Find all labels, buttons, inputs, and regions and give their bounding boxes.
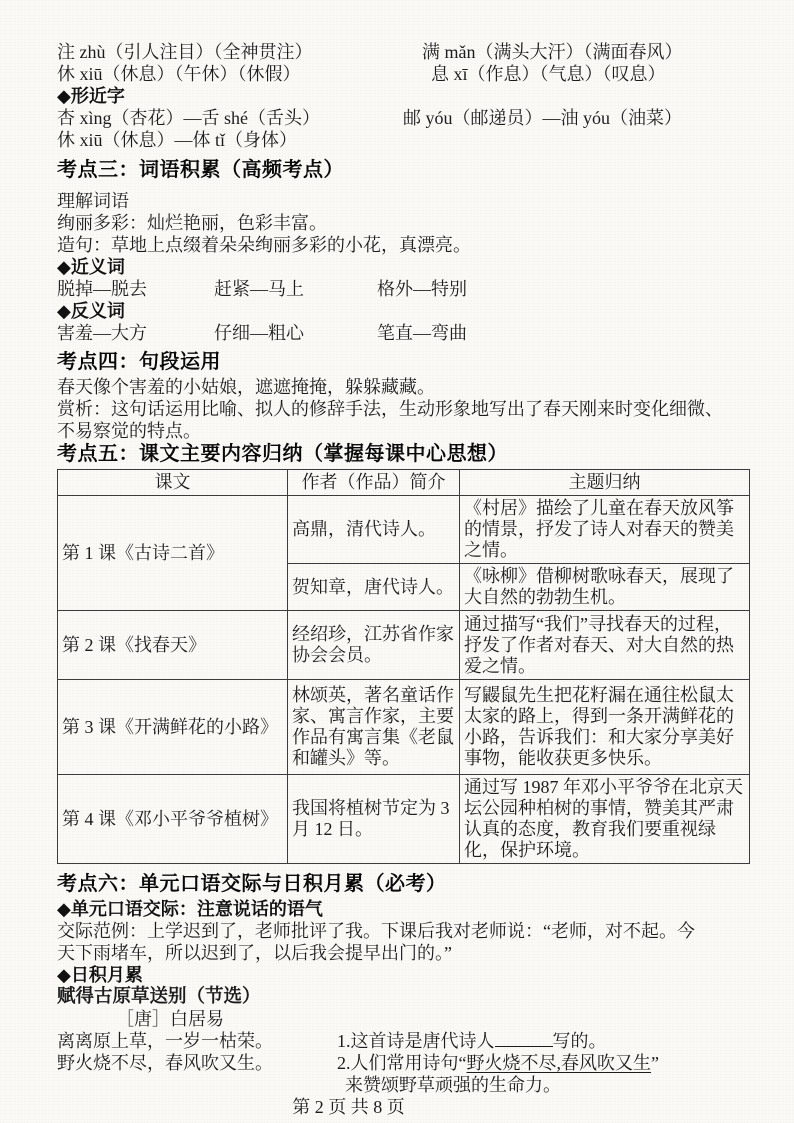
section-heading: 考点三：词语积累（高频考点） <box>57 158 750 182</box>
table-row: 第 4 课《邓小平爷爷植树》 我国将植树节定为 3 月 12 日。 通过写 19… <box>58 775 750 864</box>
section-kaodian6: 考点六：单元口语交际与日积月累（必考） ◆单元口语交际：注意说话的语气 交际范例… <box>57 872 750 1096</box>
understand-words-label: 理解词语 <box>57 190 750 212</box>
poem-line: 离离原上草，一岁一枯荣。 <box>57 1030 337 1052</box>
section-heading: 考点六：单元口语交际与日积月累（必考） <box>57 872 750 896</box>
antonym-pair: 仔细—粗心 <box>214 322 377 344</box>
table-row: 第 1 课《古诗二首》 高鼎，清代诗人。 《村居》描绘了儿童在春天放风筝的情景，… <box>58 496 750 564</box>
word-note-line: 休 xiū（休息）—体 tǐ（身体） <box>57 129 750 151</box>
worksheet-page: 注 zhù（引人注目）（全神贯注） 满 mǎn（满头大汗）（满面春风） 休 xi… <box>0 0 794 1123</box>
poem-line: 野火烧不尽，春风吹又生。 <box>57 1052 337 1074</box>
lesson-cell: 第 4 课《邓小平爷爷植树》 <box>58 775 288 864</box>
word-note-line: 休 xiū（休息）（午休）（休假） 息 xī（作息）（气息）（叹息） <box>57 63 750 85</box>
table-row: 第 3 课《开满鲜花的小路》 林颂英，著名童话作家、寓言作家，主要作品有寓言集《… <box>58 680 750 775</box>
antonyms-subhead: ◆反义词 <box>57 300 750 322</box>
example-sentence: 春天像个害羞的小姑娘，遮遮掩掩，躲躲藏藏。 <box>57 376 750 398</box>
word-note-left: 休 xiū（休息）—体 tǐ（身体） <box>57 130 297 150</box>
oral-communication-subhead: ◆单元口语交际：注意说话的语气 <box>57 898 750 920</box>
word-note-right: 息 xī（作息）（气息）（叹息） <box>431 63 666 85</box>
synonyms-subhead: ◆近义词 <box>57 256 750 278</box>
oral-example-line: 天下雨堵车，所以迟到了，以后我会提早出门的。” <box>57 942 750 964</box>
analysis-line: 不易察觉的特点。 <box>57 420 750 442</box>
theme-cell: 写鼹鼠先生把花籽漏在通往松鼠太太家的路上，得到一条开满鲜花的小路，告诉我们：和大… <box>460 680 750 775</box>
author-cell: 贺知章，唐代诗人。 <box>288 564 460 611</box>
sentence-example: 造句：草地上点缀着朵朵绚丽多彩的小花，真漂亮。 <box>57 234 750 256</box>
poem-title: 赋得古原草送别（节选） <box>57 986 750 1008</box>
word-note-right: 满 mǎn（满头大汗）（满面春风） <box>422 41 683 63</box>
quiz-question-2-continued: 来赞颂野草顽强的生命力。 <box>337 1074 750 1096</box>
word-notes-section: 注 zhù（引人注目）（全神贯注） 满 mǎn（满头大汗）（满面春风） 休 xi… <box>57 41 750 151</box>
theme-cell: 通过描写“我们”寻找春天的过程，抒发了作者对春天、对大自然的热爱之情。 <box>460 611 750 680</box>
quiz-lines: 1.这首诗是唐代诗人写的。 2.人们常用诗句“野火烧不尽,春风吹又生” 来赞颂野… <box>337 1030 750 1096</box>
synonym-pair: 赶紧—马上 <box>214 278 377 300</box>
column-header-theme: 主题归纳 <box>460 470 750 496</box>
lesson-cell: 第 2 课《找春天》 <box>58 611 288 680</box>
answer-blank <box>495 1031 553 1047</box>
quiz-question-2: 2.人们常用诗句“野火烧不尽,春风吹又生” <box>337 1052 750 1074</box>
quiz-text: ” <box>651 1053 659 1073</box>
lesson-cell: 第 3 课《开满鲜花的小路》 <box>58 680 288 775</box>
antonyms-row: 害羞—大方仔细—粗心笔直—弯曲 <box>57 322 750 344</box>
similar-characters-subhead: ◆形近字 <box>57 85 750 107</box>
word-definition: 绚丽多彩：灿烂艳丽，色彩丰富。 <box>57 212 750 234</box>
lesson-cell: 第 1 课《古诗二首》 <box>58 496 288 611</box>
quiz-text: 1.这首诗是唐代诗人 <box>337 1031 495 1051</box>
synonym-pair: 格外—特别 <box>377 279 467 299</box>
poem-lines: 离离原上草，一岁一枯荣。 野火烧不尽，春风吹又生。 <box>57 1030 337 1096</box>
quiz-text: 写的。 <box>553 1031 607 1051</box>
page-content: 注 zhù（引人注目）（全神贯注） 满 mǎn（满头大汗）（满面春风） 休 xi… <box>57 41 750 1118</box>
author-cell: 林颂英，著名童话作家、寓言作家，主要作品有寓言集《老鼠和罐头》等。 <box>288 680 460 775</box>
word-note-line: 杏 xìng（杏花）—舌 shé（舌头） 邮 yóu（邮递员）—油 yóu（油菜… <box>57 107 750 129</box>
quiz-question-1: 1.这首诗是唐代诗人写的。 <box>337 1030 750 1052</box>
poem-author: ［唐］白居易 <box>57 1008 750 1030</box>
section-heading: 考点五：课文主要内容归纳（掌握每课中心思想） <box>57 442 750 466</box>
poem-and-quiz: 离离原上草，一岁一枯荣。 野火烧不尽，春风吹又生。 1.这首诗是唐代诗人写的。 … <box>57 1030 750 1096</box>
table-row: 第 2 课《找春天》 经绍珍，江苏省作家协会会员。 通过描写“我们”寻找春天的过… <box>58 611 750 680</box>
table-header-row: 课文 作者（作品）简介 主题归纳 <box>58 470 750 496</box>
word-note-left: 休 xiū（休息）（午休）（休假） <box>57 64 301 84</box>
word-note-right: 邮 yóu（邮递员）—油 yóu（油菜） <box>403 107 682 129</box>
synonym-pair: 脱掉—脱去 <box>57 278 214 300</box>
theme-cell: 《村居》描绘了儿童在春天放风筝的情景，抒发了诗人对春天的赞美之情。 <box>460 496 750 564</box>
column-header-author: 作者（作品）简介 <box>288 470 460 496</box>
word-note-left: 杏 xìng（杏花）—舌 shé（舌头） <box>57 108 320 128</box>
accumulation-subhead: ◆日积月累 <box>57 964 750 986</box>
word-note-left: 注 zhù（引人注目）（全神贯注） <box>57 42 313 62</box>
section-kaodian4: 考点四：句段运用 春天像个害羞的小姑娘，遮遮掩掩，躲躲藏藏。 赏析：这句话运用比… <box>57 350 750 442</box>
underlined-verse: 野火烧不尽,春风吹又生 <box>467 1053 652 1073</box>
page-number-indicator: 第 2 页 共 8 页 <box>2 1096 695 1118</box>
oral-example-line: 交际范例：上学迟到了，老师批评了我。下课后我对老师说：“老师，对不起。今 <box>57 920 750 942</box>
synonyms-row: 脱掉—脱去赶紧—马上格外—特别 <box>57 278 750 300</box>
word-note-line: 注 zhù（引人注目）（全神贯注） 满 mǎn（满头大汗）（满面春风） <box>57 41 750 63</box>
theme-cell: 通过写 1987 年邓小平爷爷在北京天坛公园种柏树的事情，赞美其严肃认真的态度，… <box>460 775 750 864</box>
lesson-summary-table: 课文 作者（作品）简介 主题归纳 第 1 课《古诗二首》 高鼎，清代诗人。 《村… <box>57 469 750 864</box>
antonym-pair: 笔直—弯曲 <box>377 323 467 343</box>
author-cell: 我国将植树节定为 3 月 12 日。 <box>288 775 460 864</box>
author-cell: 经绍珍，江苏省作家协会会员。 <box>288 611 460 680</box>
quiz-text: 2.人们常用诗句“ <box>337 1053 467 1073</box>
author-cell: 高鼎，清代诗人。 <box>288 496 460 564</box>
column-header-lesson: 课文 <box>58 470 288 496</box>
section-kaodian5: 考点五：课文主要内容归纳（掌握每课中心思想） 课文 作者（作品）简介 主题归纳 … <box>57 442 750 864</box>
section-kaodian3: 考点三：词语积累（高频考点） 理解词语 绚丽多彩：灿烂艳丽，色彩丰富。 造句：草… <box>57 158 750 344</box>
analysis-line: 赏析：这句话运用比喻、拟人的修辞手法，生动形象地写出了春天刚来时变化细微、 <box>57 398 750 420</box>
antonym-pair: 害羞—大方 <box>57 322 214 344</box>
theme-cell: 《咏柳》借柳树歌咏春天，展现了大自然的勃勃生机。 <box>460 564 750 611</box>
section-heading: 考点四：句段运用 <box>57 350 750 374</box>
